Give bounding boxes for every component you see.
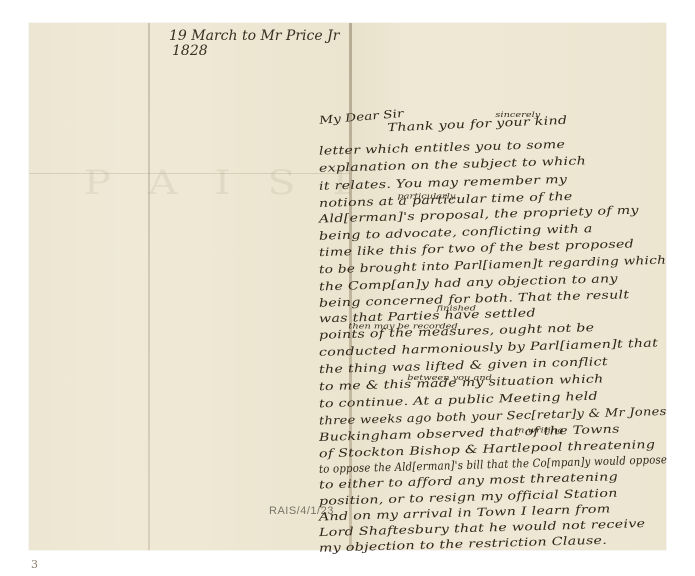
docket-line-1: 19 March to Mr Price Jr (169, 29, 339, 44)
page-number-mark: 3 (31, 558, 38, 571)
docket-line-2: 1828 (169, 44, 339, 59)
docket-note: 19 March to Mr Price Jr 1828 (169, 29, 339, 59)
horizontal-fold (29, 173, 350, 174)
document-viewer: P A I S D E S 19 March to Mr Price Jr 18… (0, 0, 695, 576)
interlinear-note: particularly (397, 192, 455, 201)
left-page: P A I S D E S 19 March to Mr Price Jr 18… (29, 23, 350, 550)
manuscript-sheet: P A I S D E S 19 March to Mr Price Jr 18… (29, 23, 666, 550)
vertical-fold-left (148, 23, 150, 550)
